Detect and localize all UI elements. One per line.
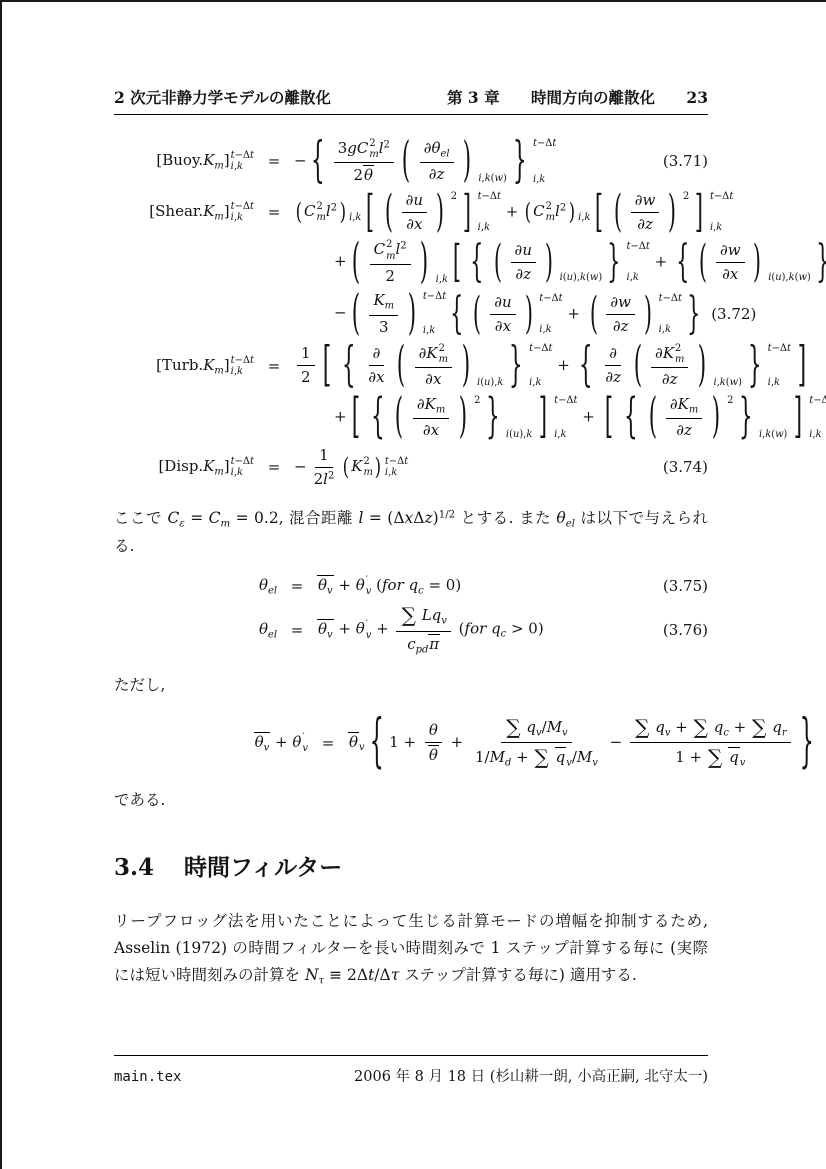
paragraph-tadashi: ただし, bbox=[114, 672, 708, 699]
equation-row: θel=θv + θ′v (for qc = 0)(3.75) bbox=[114, 575, 708, 597]
equation-relation: = bbox=[254, 203, 294, 221]
page-content: [Buoy.Km]t−Δti,k=−{3gC2ml22θ(∂θel∂z)i,k(… bbox=[114, 128, 708, 1006]
equation-row: θv + θ′v=θv{1 + θθ + ∑ qv/Mv1/Md + ∑ qv/… bbox=[114, 715, 708, 771]
footer-filename: main.tex bbox=[114, 1069, 181, 1085]
equation-row: [Buoy.Km]t−Δti,k=−{3gC2ml22θ(∂θel∂z)i,k(… bbox=[114, 138, 708, 185]
equation-relation: = bbox=[277, 577, 317, 595]
equation-rhs: θv + θ′v (for qc = 0) bbox=[317, 575, 656, 597]
equation-relation: = bbox=[277, 621, 317, 639]
equation-relation: = bbox=[254, 458, 294, 476]
equation-lhs: θv + θ′v bbox=[114, 732, 308, 754]
equation-group-turbulence: [Buoy.Km]t−Δti,k=−{3gC2ml22θ(∂θel∂z)i,k(… bbox=[114, 138, 708, 489]
equation-lhs: [Turb.Km]t−Δti,k bbox=[114, 355, 254, 377]
section-heading: 3.4 時間フィルター bbox=[114, 849, 708, 882]
equation-relation: = bbox=[254, 152, 294, 170]
equation-number: (3.75) bbox=[656, 577, 708, 595]
equation-lhs: [Buoy.Km]t−Δti,k bbox=[114, 150, 254, 172]
equation-lhs: θel bbox=[114, 576, 277, 596]
equation-number: (3.71) bbox=[656, 152, 708, 170]
equation-lhs: [Shear.Km]t−Δti,k bbox=[114, 201, 254, 223]
running-head-right: 第 3 章 時間方向の離散化 23 bbox=[421, 86, 708, 108]
page-footer: main.tex 2006 年 8 月 18 日 (杉山耕一朗, 小高正嗣, 北… bbox=[114, 1055, 708, 1086]
running-head-left: 2 次元非静力学モデルの離散化 bbox=[114, 86, 331, 108]
equation-row: +(C2ml22)i,k[{(∂u∂z)i(u),k(w)}t−Δti,k + … bbox=[114, 239, 708, 285]
equation-rhs: +[{(∂Km∂x)2}i(u),k]t−Δti,k + [{(∂Km∂z)2}… bbox=[294, 395, 826, 440]
page-number: 23 bbox=[686, 88, 708, 107]
equation-rhs: θv{1 + θθ + ∑ qv/Mv1/Md + ∑ qv/Mv − ∑ qv… bbox=[348, 715, 818, 771]
equation-rhs: θv + θ′v + ∑ Lqvcpdπ (for qc > 0) bbox=[317, 603, 656, 656]
equation-lhs: [Disp.Km]t−Δti,k bbox=[114, 456, 254, 478]
equation-row: [Turb.Km]t−Δti,k=12[{∂∂x(∂K2m∂x)i(u),k}t… bbox=[114, 343, 708, 389]
chapter-label: 第 3 章 bbox=[447, 88, 500, 107]
running-header: 2 次元非静力学モデルの離散化 第 3 章 時間方向の離散化 23 bbox=[114, 86, 708, 115]
section-title: 時間フィルター bbox=[184, 849, 342, 882]
equation-number: (3.72) bbox=[704, 305, 756, 323]
paragraph-dearu: である. bbox=[114, 787, 708, 814]
footer-date-authors: 2006 年 8 月 18 日 (杉山耕一朗, 小高正嗣, 北守太一) bbox=[354, 1065, 708, 1086]
equation-rhs: (C2ml2)i,k[(∂u∂x)2]t−Δti,k + (C2ml2)i,k[… bbox=[294, 191, 733, 234]
equation-row: [Disp.Km]t−Δti,k=−12l2(K2m)t−Δti,k(3.74) bbox=[114, 446, 708, 489]
equation-number: (3.74) bbox=[656, 458, 708, 476]
equation-number: (3.76) bbox=[656, 621, 708, 639]
equation-rhs: −{3gC2ml22θ(∂θel∂z)i,k(w)}t−Δti,k bbox=[294, 138, 656, 185]
equation-row: θel=θv + θ′v + ∑ Lqvcpdπ (for qc > 0)(3.… bbox=[114, 603, 708, 656]
equation-lhs: θel bbox=[114, 620, 277, 640]
chapter-title: 時間方向の離散化 bbox=[531, 88, 655, 107]
equation-row: [Shear.Km]t−Δti,k=(C2ml2)i,k[(∂u∂x)2]t−Δ… bbox=[114, 191, 708, 234]
equation-rhs: +(C2ml22)i,k[{(∂u∂z)i(u),k(w)}t−Δti,k + … bbox=[294, 239, 826, 285]
equation-row: −(Km3)t−Δti,k{(∂u∂x)t−Δti,k + (∂w∂z)t−Δt… bbox=[114, 291, 708, 336]
section-number: 3.4 bbox=[114, 854, 154, 881]
paragraph-mixing-length: ここで Cε = Cm = 0.2, 混合距離 l = (ΔxΔz)1/2 とす… bbox=[114, 505, 708, 560]
paragraph-time-filter: リープフロッグ法を用いたことによって生じる計算モードの増幅を抑制するため, As… bbox=[114, 908, 708, 989]
equation-group-theta-el: θel=θv + θ′v (for qc = 0)(3.75)θel=θv + … bbox=[114, 575, 708, 656]
equation-relation: = bbox=[308, 734, 348, 752]
equation-number: (3.77) bbox=[818, 734, 826, 752]
equation-relation: = bbox=[254, 357, 294, 375]
equation-row: +[{(∂Km∂x)2}i(u),k]t−Δti,k + [{(∂Km∂z)2}… bbox=[114, 395, 708, 440]
equation-rhs: 12[{∂∂x(∂K2m∂x)i(u),k}t−Δti,k + {∂∂z(∂K2… bbox=[294, 343, 811, 389]
equation-rhs: −(Km3)t−Δti,k{(∂u∂x)t−Δti,k + (∂w∂z)t−Δt… bbox=[294, 291, 704, 336]
equation-rhs: −12l2(K2m)t−Δti,k bbox=[294, 446, 656, 489]
paper-page: 2 次元非静力学モデルの離散化 第 3 章 時間方向の離散化 23 [Buoy.… bbox=[0, 0, 826, 1169]
equation-group-theta-v: θv + θ′v=θv{1 + θθ + ∑ qv/Mv1/Md + ∑ qv/… bbox=[114, 715, 708, 771]
